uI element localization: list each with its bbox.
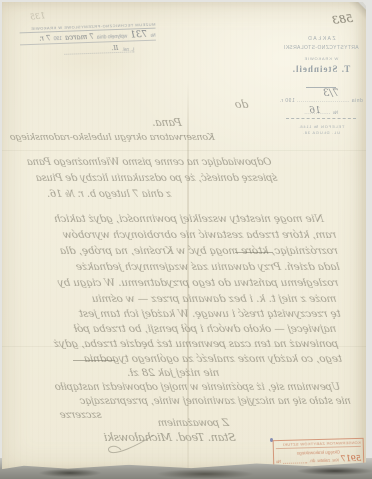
handwriting-line: Nie mogę niestety wszelkiej powinności, … <box>54 213 325 225</box>
handwriting-line: nie stało się na niczyjej zawinionej win… <box>79 396 351 407</box>
receipt-stamp-year-label: 190 <box>54 36 63 42</box>
handwriting-line: najwięcej — około dwóch i pół pensji, bo… <box>73 323 337 335</box>
registry-stamp-number-row: 5917 Kw. załatw. dn. № <box>276 456 361 464</box>
letterhead-line-3: W KRAKOWIE <box>278 56 364 61</box>
letterhead-footer-1: TELEFON № 1148. <box>278 124 364 129</box>
handwriting-line: do <box>234 98 249 111</box>
letterhead-line-2: ARTYSTYCZNO-STOLARSKI <box>278 45 364 51</box>
registry-stamp-no-label: № <box>276 459 281 464</box>
handwriting-line: szczerze <box>59 410 102 421</box>
receipt-stamp-attachment-label: L. zał. <box>122 46 134 51</box>
letterhead-dashed-rule <box>286 118 356 119</box>
letterhead-date-handwritten: 7/3 <box>288 88 372 99</box>
handwriting-underline <box>235 252 273 253</box>
handwriting-line: rozległemu państwu do tego przydatnemu. … <box>57 277 339 289</box>
handwriting-line: lada dzień. Przy dawaniu zaś wzajemnych … <box>76 261 341 273</box>
letterhead-line-1: ZAKŁAD <box>278 36 364 42</box>
handwriting-line: Z poważaniem <box>157 418 229 429</box>
horizontal-fold-crease <box>2 150 366 151</box>
registry-stamp-dotted-line <box>283 462 307 464</box>
handwriting-line: z dnia 7 lutego b. r. № 16. <box>46 189 172 200</box>
handwriting-line: rozróżniając, które mogą być w Krośnie, … <box>59 245 338 257</box>
receipt-stamp-received-label: wpłynęło dnia <box>97 34 128 41</box>
handwriting-line: tego, co każdy może znaleźć za ogólnego … <box>83 353 342 365</box>
handwriting-line: ram, które trzeba zestawić nie obrobiony… <box>62 229 337 241</box>
receipt-stamp-no-label: № <box>150 33 156 39</box>
receipt-stamp-received-value: 7 marca <box>65 34 94 42</box>
handwriting-line: Upewniam się, iż spóźnienie w mojej odpo… <box>54 382 341 393</box>
handwriting-line: nie niżej jak 28 zł. <box>126 367 220 379</box>
handwriting-line: Odpowiadając na cenne pismo Wielmożnego … <box>26 157 272 168</box>
registry-stamp-number: 5917 <box>341 456 362 463</box>
handwriting-line: Pana. <box>152 116 183 129</box>
handwriting-line: może z niej t. k. i bez dawania przez — … <box>91 293 337 305</box>
letterhead: ZAKŁAD ARTYSTYCZNO-STOLARSKI W KRAKOWIE … <box>278 34 364 138</box>
letterhead-footer-2: UL. DŁUGA 38. <box>278 130 364 135</box>
registry-stamp-date-label: Kw. załatw. dn. <box>309 457 339 463</box>
pencil-corner-note: 135 <box>30 11 46 22</box>
handwriting-line: śpieszę donieść, że po odszukaniu liczby… <box>35 173 278 184</box>
letterhead-name: T. Steinheil. <box>278 64 364 74</box>
handwriting-underline <box>73 360 115 361</box>
signature-flourish <box>102 432 162 462</box>
pencil-page-number: 583 <box>331 12 353 27</box>
handwriting-line: tę rzeczywistą treść i uwagę. W każdej i… <box>79 308 342 320</box>
handwriting-line: Konserwatora okręgu lubelsko-radomskiego <box>9 132 215 143</box>
receipt-stamp: MUZEUM TECHNICZNO-PRZEMYSŁOWE W KRAKOWIE… <box>19 22 156 65</box>
letterhead-number-handwritten: 16 <box>272 106 358 116</box>
receipt-stamp-attachment-value: II. <box>111 45 118 52</box>
paper-sheet: 583 135 ZAKŁAD ARTYSTYCZNO-STOLARSKI W K… <box>2 2 366 470</box>
receipt-stamp-entry-row: № 731 wpłynęło dnia 7 marca 190 7 r. <box>20 32 156 46</box>
receipt-stamp-year-value: 7 r. <box>39 35 51 42</box>
receipt-stamp-no-value: 731 <box>130 32 147 40</box>
handwriting-line: ponieważ na ten czas pewnemu też będzie … <box>53 338 339 350</box>
scanned-letter-page: 583 135 ZAKŁAD ARTYSTYCZNO-STOLARSKI W K… <box>0 0 372 479</box>
registry-stamp-title: KONSERWATOR ZABYTKÓW SZTUKI <box>276 440 361 449</box>
receipt-stamp-attachment-row: L. zał. II. <box>64 44 134 54</box>
